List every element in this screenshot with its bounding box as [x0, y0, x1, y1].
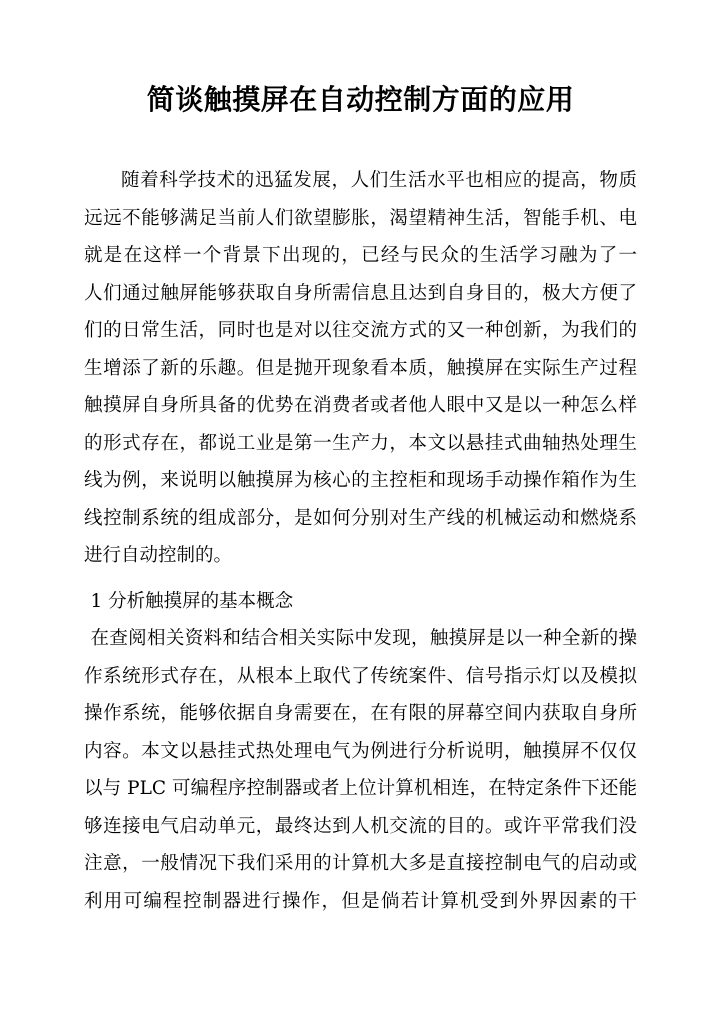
document-title: 简谈触摸屏在自动控制方面的应用 [84, 80, 637, 120]
text-line: 们的日常生活，同时也是对以往交流方式的又一种创新，为我们的人 [84, 312, 637, 350]
text-line: 进行自动控制的。 [84, 537, 637, 575]
text-line: 作系统形式存在，从根本上取代了传统案件、信号指示灯以及模拟屏 [84, 658, 637, 696]
text-line: 操作系统，能够依据自身需要在，在有限的屏幕空间内获取自身所需 [84, 695, 637, 733]
section-heading: 1 分析触摸屏的基本概念 [84, 583, 637, 621]
text-line: 随着科学技术的迅猛发展，人们生活水平也相应的提高，物质需求 [84, 162, 637, 200]
text-line: 够连接电气启动单元，最终达到人机交流的目的。或许平常我们没有 [84, 808, 637, 846]
section-1-paragraph: 在查阅相关资料和结合相关实际中发现，触摸屏是以一种全新的操 作系统形式存在，从根… [84, 620, 637, 920]
intro-paragraph: 随着科学技术的迅猛发展，人们生活水平也相应的提高，物质需求 远远不能够满足当前人… [84, 162, 637, 575]
text-line: 利用可编程控制器进行操作，但是倘若计算机受到外界因素的干扰， [84, 883, 637, 921]
text-line: 线控制系统的组成部分，是如何分别对生产线的机械运动和燃烧系统 [84, 500, 637, 538]
document-page: 简谈触摸屏在自动控制方面的应用 随着科学技术的迅猛发展，人们生活水平也相应的提高… [0, 0, 721, 1020]
text-line: 的形式存在，都说工业是第一生产力，本文以悬挂式曲轴热处理生产 [84, 425, 637, 463]
text-line: 生增添了新的乐趣。但是抛开现象看本质，触摸屏在实际生产过程中， [84, 350, 637, 388]
text-line: 内容。本文以悬挂式热处理电气为例进行分析说明，触摸屏不仅仅可 [84, 733, 637, 771]
text-line: 触摸屏自身所具备的优势在消费者或者他人眼中又是以一种怎么样 [84, 387, 637, 425]
text-line: 在查阅相关资料和结合相关实际中发现，触摸屏是以一种全新的操 [84, 620, 637, 658]
text-line: 注意，一般情况下我们采用的计算机大多是直接控制电气的启动或者 [84, 845, 637, 883]
text-line: 以与 PLC 可编程序控制器或者上位计算机相连，在特定条件下还能 [84, 770, 637, 808]
text-line: 远远不能够满足当前人们欲望膨胀，渴望精神生活，智能手机、电脑 [84, 200, 637, 238]
text-line: 就是在这样一个背景下出现的，已经与民众的生活学习融为了一体， [84, 237, 637, 275]
section-1-heading-block: 1 分析触摸屏的基本概念 [84, 583, 637, 621]
text-line: 人们通过触屏能够获取自身所需信息且达到自身目的，极大方便了人 [84, 275, 637, 313]
text-line: 线为例，来说明以触摸屏为核心的主控柜和现场手动操作箱作为生产 [84, 462, 637, 500]
